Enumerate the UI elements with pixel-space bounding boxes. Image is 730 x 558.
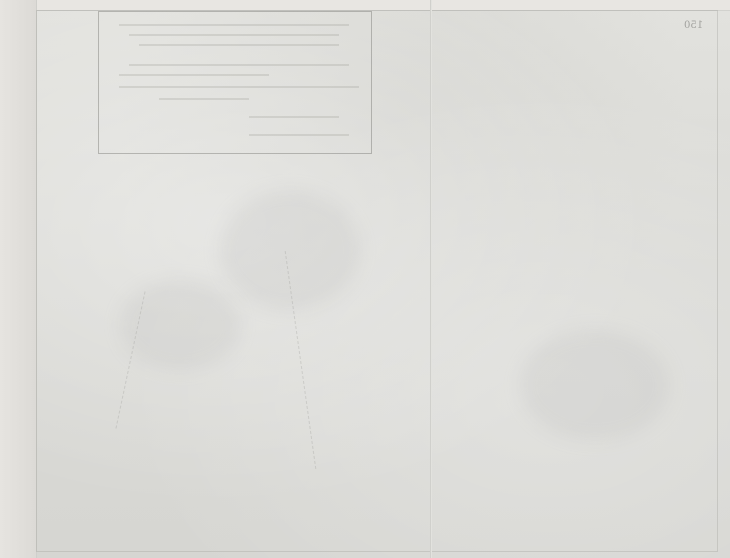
ghost-text-line	[129, 34, 339, 36]
map-sheet-reverse: 150	[0, 0, 730, 558]
center-fold	[430, 0, 432, 558]
ghost-text-line	[119, 86, 359, 88]
ghost-text-line	[119, 74, 269, 76]
ghost-text-line	[249, 116, 339, 118]
ghost-text-line	[139, 44, 339, 46]
ghost-text-line	[129, 64, 349, 66]
sheet-left-edge	[0, 0, 37, 558]
ghost-text-line	[119, 24, 349, 26]
ghost-text-line	[249, 134, 349, 136]
show-through-blot	[520, 330, 670, 440]
cartouche-frame	[98, 11, 372, 154]
ghost-text-line	[159, 98, 249, 100]
page-number: 150	[684, 20, 703, 31]
